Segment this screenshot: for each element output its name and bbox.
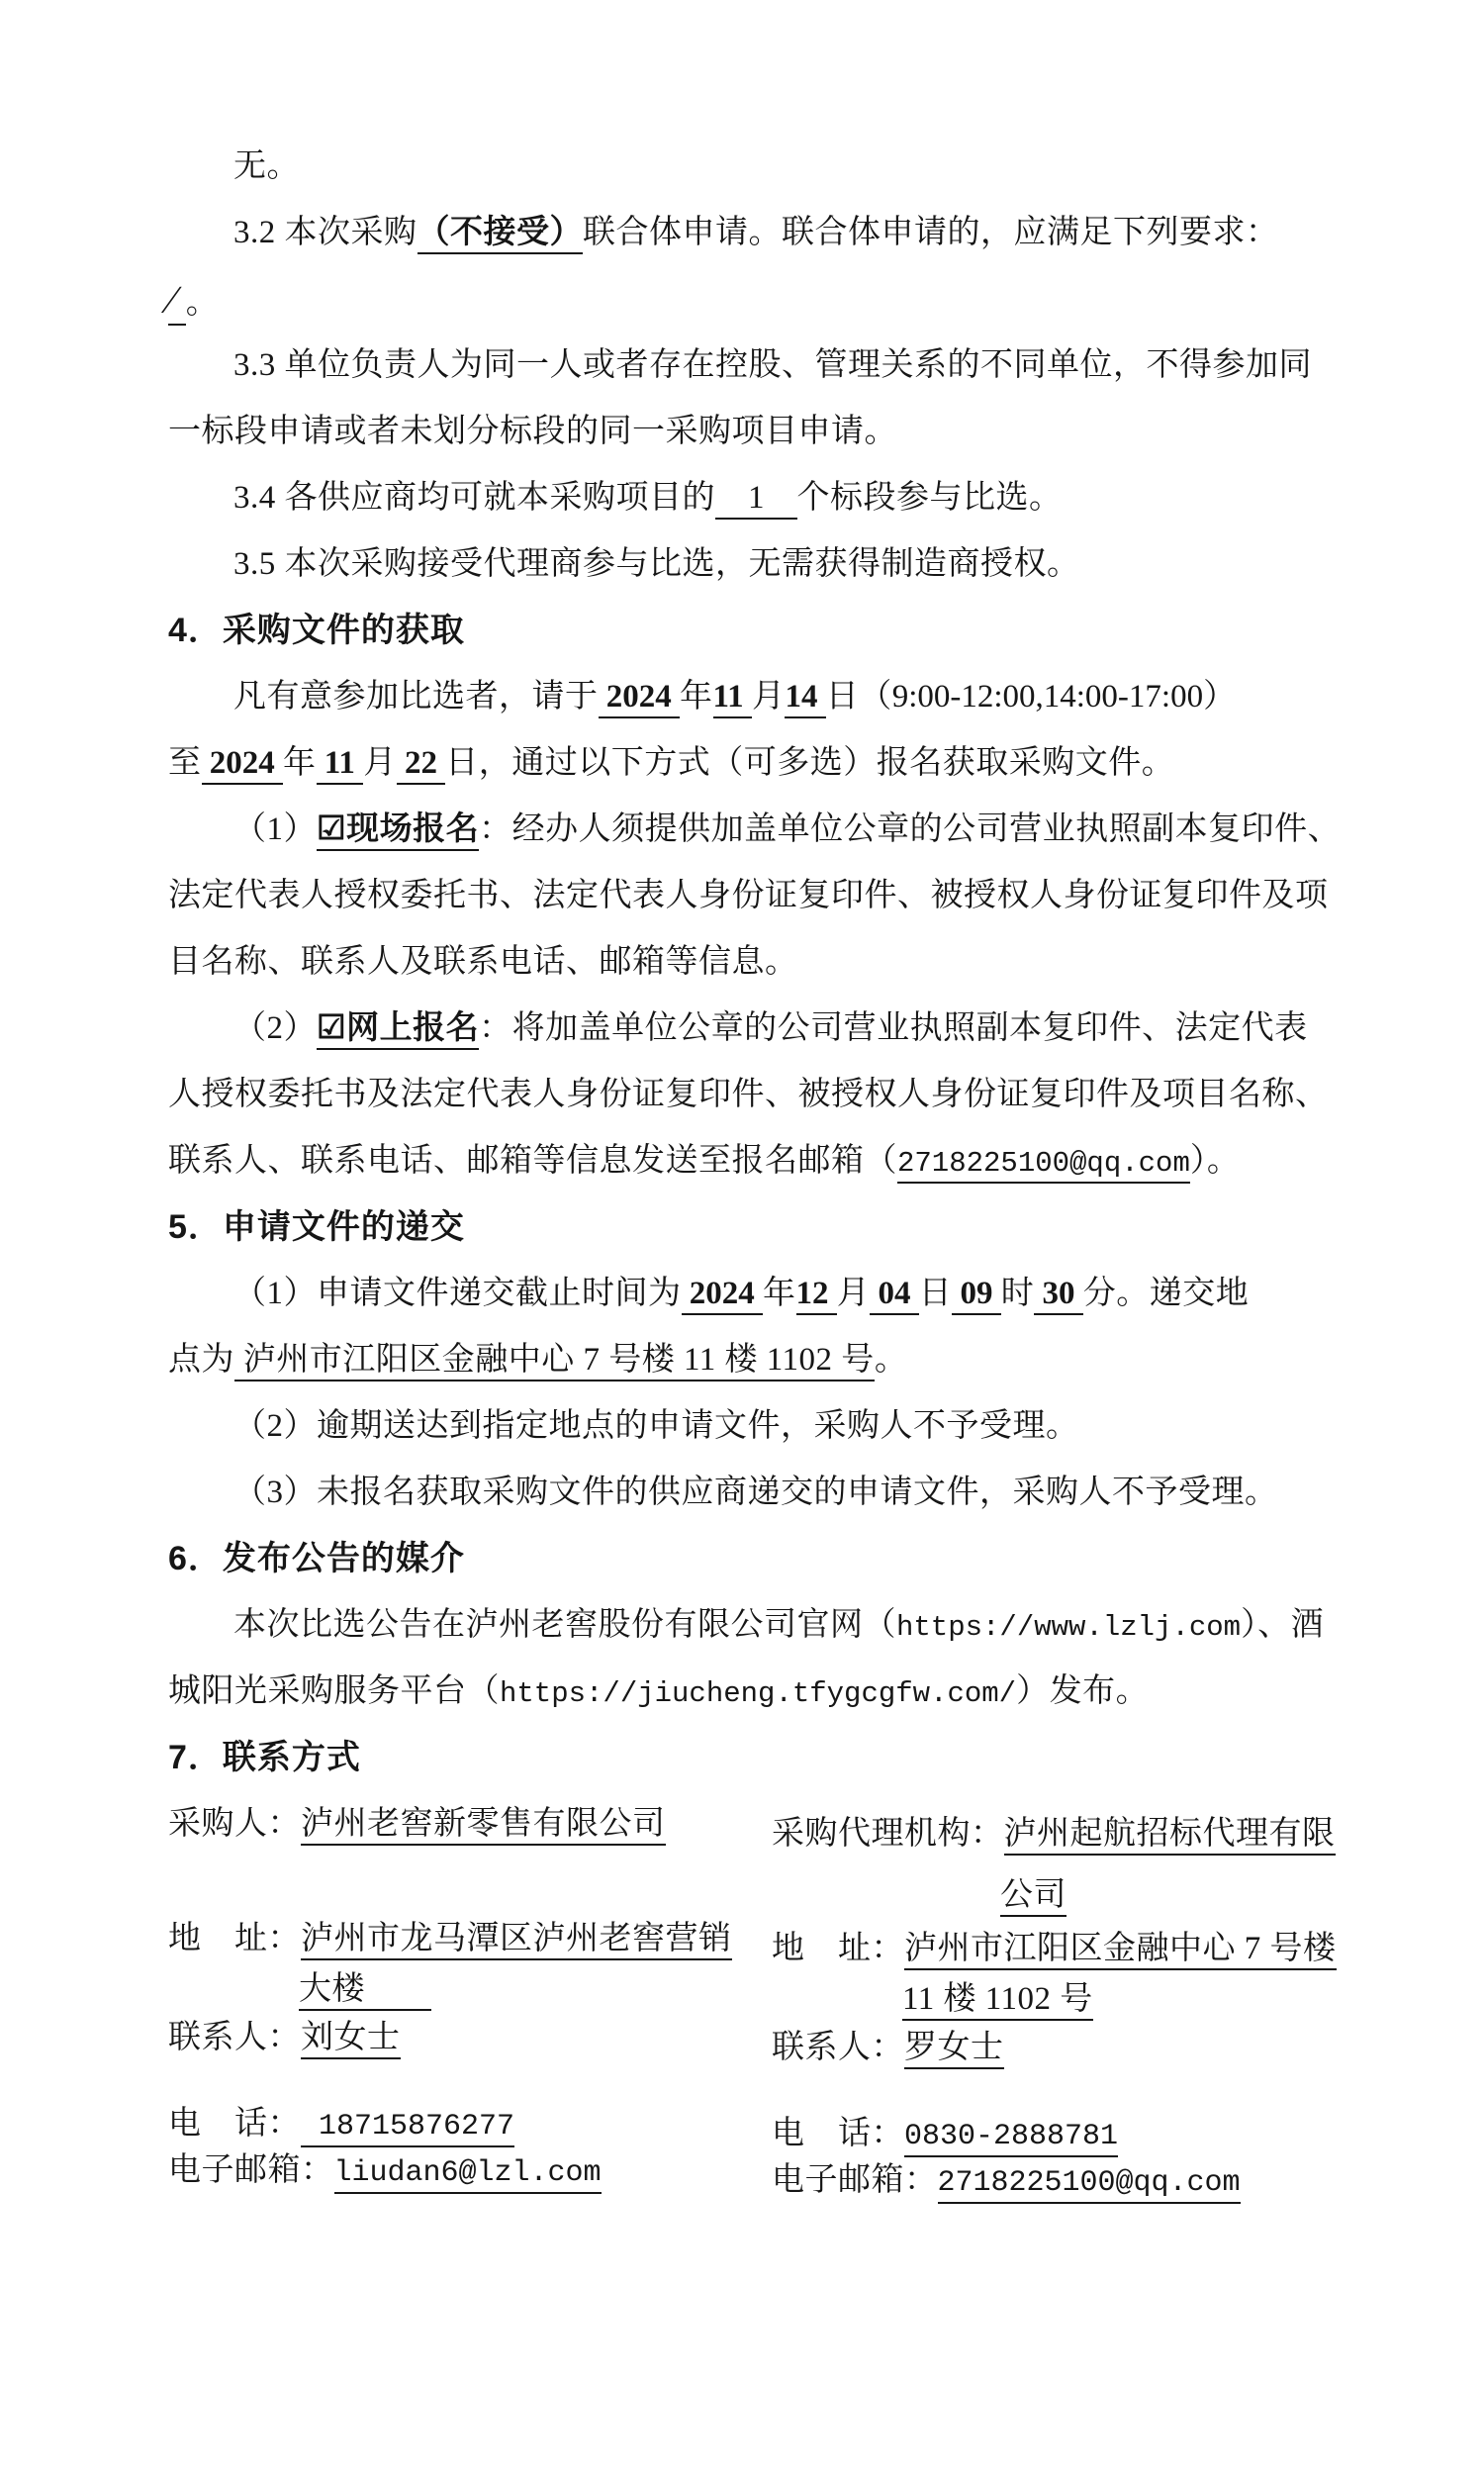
clause-3-3-cont: 一标段申请或者未划分标段的同一采购项目申请。 (168, 399, 1345, 465)
underlined-fill-in-text: 2718225100@qq.com (897, 1147, 1190, 1184)
agency-address-cont: 11 楼 1102 号 (772, 1974, 1344, 2024)
section-5-heading: 5．申请文件的递交 (168, 1194, 1345, 1261)
contact-label: 电子邮箱： (772, 2162, 938, 2198)
text-run: 凡有意参加比选者，请于 (233, 679, 599, 715)
text-run: https://jiucheng.tfygcgfw.com/ (500, 1677, 1016, 1710)
text-run: 4．采购文件的获取 (168, 612, 465, 649)
text-run: 至 (168, 745, 202, 781)
document-body: 无。3.2 本次采购（不接受）联合体申请。联合体申请的，应满足下列要求：∕ 。3… (168, 134, 1345, 2203)
section-4-item-2-cont: 人授权委托书及法定代表人身份证复印件、被授权人身份证复印件及项目名称、 (168, 1062, 1345, 1128)
section-4-item-1: （1）☑现场报名：经办人须提供加盖单位公章的公司营业执照副本复印件、 (168, 797, 1345, 863)
text-run: 月 (363, 745, 397, 781)
contact-label: 采购代理机构： (772, 1816, 1004, 1852)
underlined-fill-in-text: （不接受） (417, 215, 584, 254)
contact-label: 地 址： (772, 1931, 904, 1966)
text-run: （3）未报名获取采购文件的供应商递交的申请文件，采购人不予受理。 (233, 1475, 1278, 1510)
text-run: 人授权委托书及法定代表人身份证复印件、被授权人身份证复印件及项目名称、 (168, 1077, 1329, 1112)
clause-3-2-answer: ∕ 。 (168, 266, 1345, 333)
contact-label: 联系人： (168, 2020, 301, 2055)
checkbox-checked-label: ☑现场报名 (317, 811, 479, 851)
purchaser-phone-row: 电 话： 18715876277 (168, 2100, 772, 2147)
underlined-fill-in-text: 2024 (599, 679, 681, 718)
text-run: 。 (875, 1342, 908, 1378)
text-run: 月 (752, 679, 786, 715)
text-run: 月 (837, 1276, 871, 1311)
section-6-para-cont: 城阳光采购服务平台（https://jiucheng.tfygcgfw.com/… (168, 1659, 1345, 1725)
text-run: 日（ (826, 679, 892, 715)
section-4-item-1-cont: 法定代表人授权委托书、法定代表人身份证复印件、被授权人身份证复印件及项 (168, 863, 1345, 929)
text-run: 。递交地 (1116, 1276, 1249, 1311)
text-run: 年 (680, 679, 713, 715)
text-run: 年 (763, 1276, 796, 1311)
text-run: 联系人、联系电话、邮箱等信息发送至报名邮箱（ (168, 1143, 897, 1179)
text-run: 城阳光采购服务平台（ (168, 1673, 500, 1709)
agency-row: 采购代理机构：泸州起航招标代理有限 (772, 1801, 1344, 1867)
text-run: （2）逾期送达到指定地点的申请文件，采购人不予受理。 (233, 1408, 1079, 1444)
underlined-fill-in-text: 1 (715, 480, 797, 520)
purchaser-address-row: 地 址：泸州市龙马潭区泸州老窖营销 (168, 1913, 772, 1964)
text-run: （1） (233, 811, 317, 847)
purchaser-contact-column: 采购人：泸州老窖新零售有限公司地 址：泸州市龙马潭区泸州老窖营销大楼 联系人：刘… (168, 1791, 772, 2203)
text-run: 日，通过以下方式（可多选）报名获取采购文件。 (445, 745, 1174, 781)
purchaser-contact-row: 联系人：刘女士 (168, 2014, 772, 2062)
agency-address-row: 地 址：泸州市江阳区金融中心 7 号楼 (772, 1923, 1344, 1974)
text-run: ：将加盖单位公章的公司营业执照副本复印件、法定代表 (479, 1010, 1308, 1046)
contact-label: 电 话： (168, 2106, 301, 2142)
clause-3-4: 3.4 各供应商均可就本采购项目的 1 个标段参与比选。 (168, 465, 1345, 531)
underlined-fill-in-text: 0830-2888781 (904, 2120, 1118, 2157)
spacer-row (168, 2062, 772, 2100)
document-lines: 无。3.2 本次采购（不接受）联合体申请。联合体申请的，应满足下列要求：∕ 。3… (168, 134, 1345, 1791)
contact-label: 电 话： (772, 2116, 904, 2151)
section-6-heading: 6．发布公告的媒介 (168, 1526, 1345, 1592)
underlined-fill-in-text: 22 (397, 745, 446, 785)
contact-label: 联系人： (772, 2030, 904, 2065)
clause-blank-answer: 无。 (168, 134, 1345, 200)
text-run: 3.2 本次采购 (233, 215, 417, 250)
contact-section: 采购人：泸州老窖新零售有限公司地 址：泸州市龙马潭区泸州老窖营销大楼 联系人：刘… (168, 1791, 1345, 2203)
section-4-para-1: 凡有意参加比选者，请于 2024 年11 月14 日（9:00-12:00,14… (168, 664, 1345, 730)
purchaser-email-row: 电子邮箱：liudan6@lzl.com (168, 2147, 772, 2193)
text-run: 。 (186, 285, 220, 321)
section-7-heading: 7．联系方式 (168, 1725, 1345, 1791)
text-run: 3.5 本次采购接受代理商参与比选，无需获得制造商授权。 (233, 546, 1080, 582)
underlined-fill-in-text: 刘女士 (301, 2020, 401, 2059)
section-6-para: 本次比选公告在泸州老窖股份有限公司官网（https://www.lzlj.com… (168, 1592, 1345, 1659)
underlined-fill-in-text: 泸州市江阳区金融中心 7 号楼 11 楼 1102 号 (234, 1342, 875, 1381)
text-run: https://www.lzlj.com (896, 1611, 1241, 1644)
text-run: 9:00-12:00,14:00-17:00 (892, 679, 1203, 715)
clause-3-3: 3.3 单位负责人为同一人或者存在控股、管理关系的不同单位，不得参加同 (168, 333, 1345, 399)
agency-email-row: 电子邮箱：2718225100@qq.com (772, 2157, 1344, 2203)
text-run: ：经办人须提供加盖单位公章的公司营业执照副本复印件、 (479, 811, 1341, 847)
text-run: 目名称、联系人及联系电话、邮箱等信息。 (168, 944, 798, 980)
section-5-item-3: （3）未报名获取采购文件的供应商递交的申请文件，采购人不予受理。 (168, 1460, 1345, 1526)
text-run: 联合体申请。联合体申请的，应满足下列要求： (583, 215, 1279, 250)
text-run: 7．联系方式 (168, 1739, 361, 1776)
agency-phone-row: 电 话：0830-2888781 (772, 2110, 1344, 2157)
underlined-fill-in-text: 2718225100@qq.com (938, 2166, 1241, 2204)
clause-3-5: 3.5 本次采购接受代理商参与比选，无需获得制造商授权。 (168, 531, 1345, 598)
section-5-item-1-cont: 点为 泸州市江阳区金融中心 7 号楼 11 楼 1102 号。 (168, 1327, 1345, 1393)
underlined-fill-in-text: 2024 (682, 1276, 764, 1315)
contact-label: 电子邮箱： (168, 2152, 334, 2188)
underlined-fill-in-text: 泸州市江阳区金融中心 7 号楼 (904, 1931, 1337, 1970)
contact-label: 采购人： (168, 1806, 301, 1842)
underlined-fill-in-text: 09 (952, 1276, 1001, 1315)
spacer-row (168, 1858, 772, 1913)
section-4-item-2-cont2: 联系人、联系电话、邮箱等信息发送至报名邮箱（2718225100@qq.com）… (168, 1128, 1345, 1194)
text-run: （2） (233, 1010, 317, 1046)
contact-label: 地 址： (168, 1921, 301, 1956)
text-run: 个标段参与比选。 (797, 480, 1063, 516)
text-run: 本次比选公告在泸州老窖股份有限公司官网（ (233, 1607, 896, 1643)
underlined-fill-in-text: 11 (317, 745, 364, 785)
section-4-item-1-cont2: 目名称、联系人及联系电话、邮箱等信息。 (168, 929, 1345, 996)
section-5-item-1: （1）申请文件递交截止时间为 2024 年12 月 04 日 09 时 30 分… (168, 1261, 1345, 1327)
agency-contact-row: 联系人：罗女士 (772, 2024, 1344, 2072)
underlined-fill-in-text: 18715876277 (301, 2110, 514, 2147)
text-run: 年 (283, 745, 317, 781)
underlined-fill-in-text: 大楼 (299, 1971, 431, 2011)
text-run: 3.4 各供应商均可就本采购项目的 (233, 480, 715, 516)
underlined-fill-in-text: 11 楼 1102 号 (902, 1981, 1093, 2021)
underlined-fill-in-text: 泸州老窖新零售有限公司 (301, 1806, 666, 1846)
section-4-para-1-cont: 至 2024 年 11 月 22 日，通过以下方式（可多选）报名获取采购文件。 (168, 730, 1345, 797)
text-run: 法定代表人授权委托书、法定代表人身份证复印件、被授权人身份证复印件及项 (168, 878, 1329, 913)
underlined-fill-in-text: 30 (1034, 1276, 1083, 1315)
underlined-fill-in-text: 泸州市龙马潭区泸州老窖营销 (301, 1921, 732, 1960)
text-run: （1）申请文件递交截止时间为 (233, 1276, 682, 1311)
underlined-fill-in-text: 11 (713, 679, 752, 718)
text-run: 日 (919, 1276, 953, 1311)
document-page: 无。3.2 本次采购（不接受）联合体申请。联合体申请的，应满足下列要求：∕ 。3… (0, 0, 1484, 2477)
section-4-heading: 4．采购文件的获取 (168, 598, 1345, 664)
text-run: ） (1203, 679, 1237, 715)
spacer-row (772, 2072, 1344, 2110)
underlined-fill-in-text: 公司 (1000, 1877, 1067, 1917)
purchaser-address-cont: 大楼 (168, 1964, 772, 2014)
underlined-fill-in-text: 12 (796, 1276, 837, 1315)
text-run: ）、酒 (1241, 1607, 1324, 1643)
underlined-fill-in-text: 泸州起航招标代理有限 (1004, 1816, 1336, 1856)
text-run: 点为 (168, 1342, 234, 1378)
underlined-fill-in-text: 2024 (202, 745, 284, 785)
underlined-fill-in-text: liudan6@lzl.com (334, 2156, 602, 2194)
text-run: 分 (1083, 1276, 1117, 1311)
text-run: 6．发布公告的媒介 (168, 1540, 465, 1577)
section-5-item-2: （2）逾期送达到指定地点的申请文件，采购人不予受理。 (168, 1393, 1345, 1460)
section-4-item-2: （2）☑网上报名：将加盖单位公章的公司营业执照副本复印件、法定代表 (168, 996, 1345, 1062)
checkbox-checked-label: ☑网上报名 (317, 1010, 479, 1050)
text-run: 无。 (233, 148, 300, 184)
underlined-fill-in-text: 14 (785, 679, 825, 718)
text-run: ）。 (1190, 1143, 1241, 1179)
text-run: 一标段申请或者未划分标段的同一采购项目申请。 (168, 414, 897, 449)
text-run: 时 (1001, 1276, 1035, 1311)
agency-contact-column: 采购代理机构：泸州起航招标代理有限公司地 址：泸州市江阳区金融中心 7 号楼11… (772, 1801, 1344, 2203)
underlined-fill-in-text: 04 (870, 1276, 919, 1315)
underlined-fill-in-text: 罗女士 (904, 2030, 1004, 2069)
clause-3-2: 3.2 本次采购（不接受）联合体申请。联合体申请的，应满足下列要求： (168, 200, 1345, 266)
purchaser-row: 采购人：泸州老窖新零售有限公司 (168, 1791, 772, 1858)
text-run: 5．申请文件的递交 (168, 1208, 465, 1246)
agency-row-cont: 公司 (772, 1867, 1344, 1923)
underlined-fill-in-text: ∕ (168, 277, 186, 326)
text-run: 3.3 单位负责人为同一人或者存在控股、管理关系的不同单位，不得参加同 (233, 347, 1312, 383)
text-run: ）发布。 (1016, 1673, 1149, 1709)
